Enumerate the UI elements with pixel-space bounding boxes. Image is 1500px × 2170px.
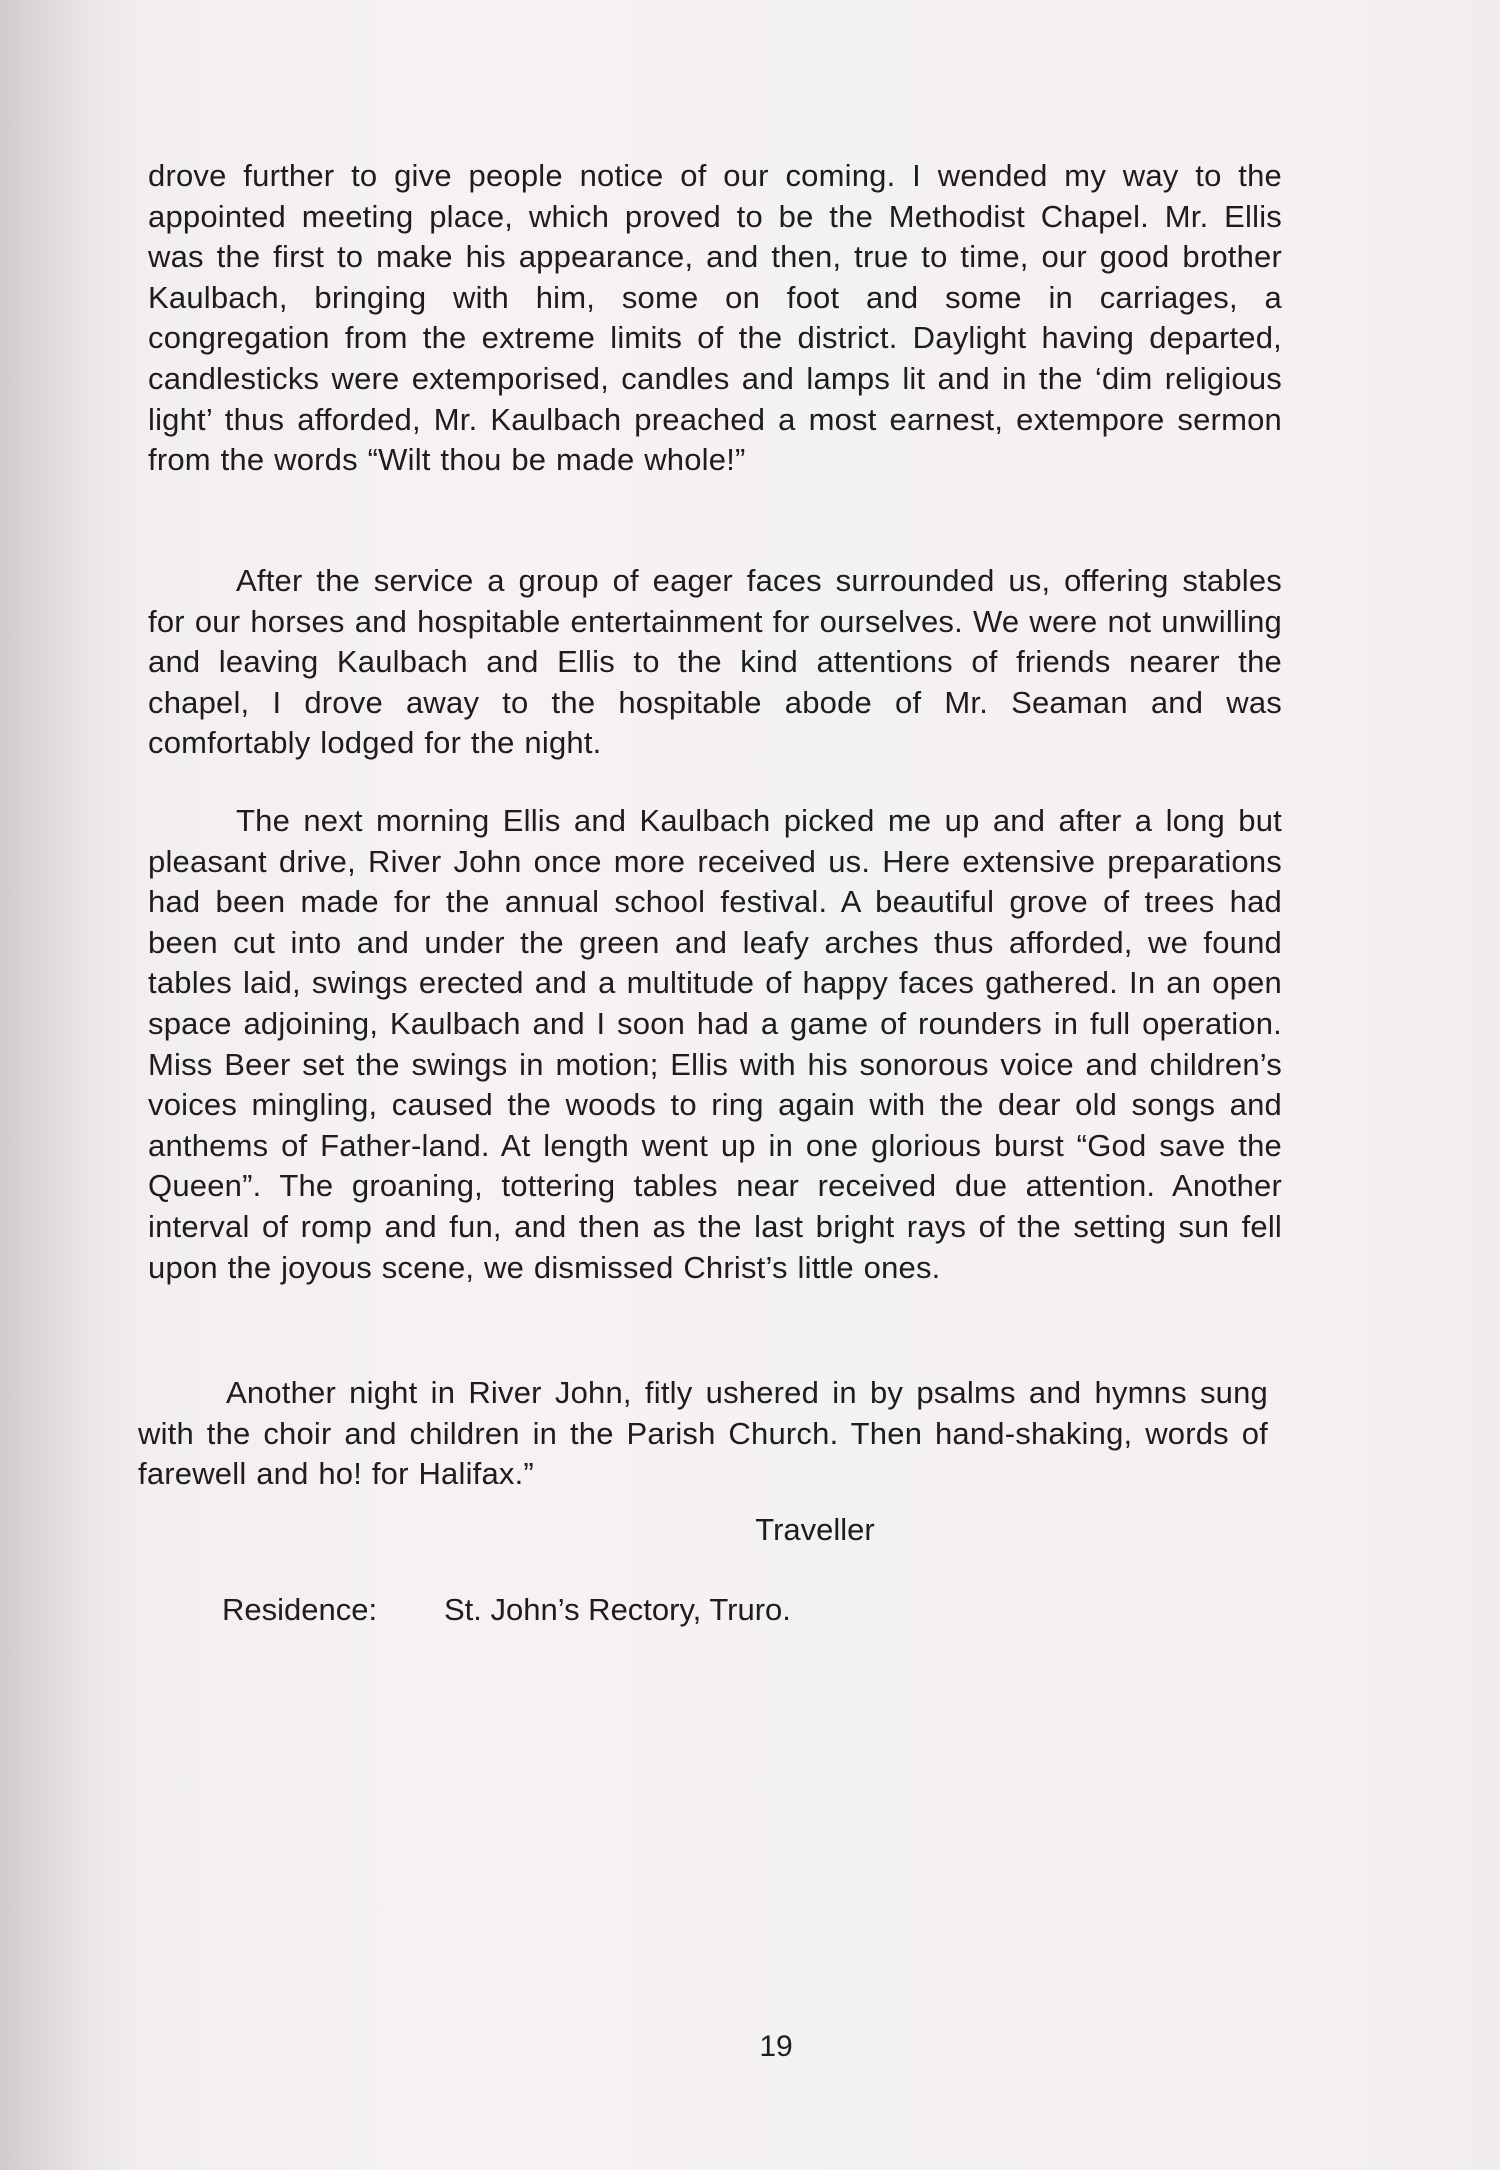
paragraph-next-morning: The next morning Ellis and Kaulbach pick… — [148, 801, 1282, 1288]
residence-line: Residence:St. John’s Rectory, Truro. — [222, 1592, 791, 1628]
paragraph-continuation: drove further to give people notice of o… — [148, 156, 1282, 481]
document-page: drove further to give people notice of o… — [0, 0, 1500, 2170]
signature: Traveller — [0, 1512, 1500, 1548]
paragraph-after-service: After the service a group of eager faces… — [148, 561, 1282, 764]
paragraph-another-night: Another night in River John, fitly usher… — [138, 1373, 1268, 1495]
residence-value: St. John’s Rectory, Truro. — [444, 1592, 791, 1627]
residence-label: Residence: — [222, 1592, 444, 1628]
page-number: 19 — [0, 2030, 1500, 2064]
